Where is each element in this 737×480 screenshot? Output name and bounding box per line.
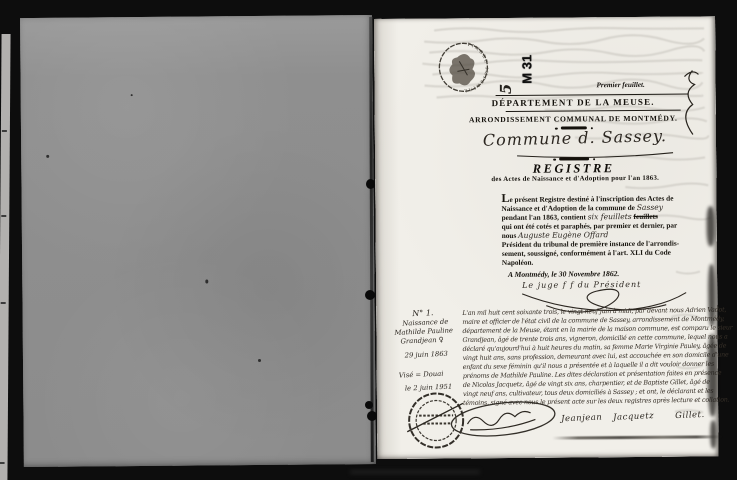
edge-mark [2, 130, 7, 132]
dateline: A Montmédy, le 30 Novembre 1862. [508, 269, 619, 279]
header-rule [506, 110, 681, 113]
oval-cachet-signature [447, 396, 559, 443]
cote-stamp: M 31 [519, 55, 534, 84]
drop-cap: L [501, 191, 509, 205]
registre-subtitle: des Actes de Naissance et d'Adoption pou… [415, 174, 735, 184]
timbre-imperial-seal-icon: TIMBRE IMPERIAL [435, 39, 491, 95]
signature-witness-2: Gillet. [675, 410, 705, 421]
folio-number-hand: 5 [497, 84, 515, 95]
margin-nom: Grandjean ♀ [400, 336, 443, 346]
margin-prenoms: Mathilde Pauline [394, 326, 453, 336]
left-page-edge [0, 34, 11, 480]
binding-stitch [365, 401, 373, 409]
signature-witness-1: Jacquetz [613, 411, 654, 423]
preamble-print-struck: feuillets [633, 212, 657, 221]
edge-blotch [707, 334, 717, 416]
binding-stitch [367, 411, 377, 421]
cover-speck [258, 359, 261, 362]
scanned-register-photo: TIMBRE IMPERIAL 5 M 31 Premier feuillet.… [0, 0, 737, 480]
edge-blotch [710, 420, 716, 448]
edge-blotch [708, 264, 715, 326]
edge-blotch [706, 206, 714, 246]
register-cover [20, 15, 376, 467]
margin-vise: Visé = Douai [399, 370, 444, 380]
background-smudge [350, 470, 480, 474]
signature-declarant: Jeanjean [561, 413, 603, 425]
preamble-handwritten: six feuillets [588, 212, 632, 221]
binding-stitch [366, 179, 375, 189]
cover-speck [131, 94, 133, 96]
register-page: TIMBRE IMPERIAL 5 M 31 Premier feuillet.… [374, 16, 718, 459]
preamble-handwritten: Sassey [637, 203, 663, 212]
cover-speck [205, 279, 208, 283]
preamble-print: Napoléon. [502, 258, 533, 267]
edge-mark [1, 215, 6, 217]
edge-mark [1, 302, 6, 304]
act-number: N° 1. [412, 308, 434, 318]
edge-mark [0, 462, 5, 464]
margin-date: 29 juin 1863 [404, 350, 448, 360]
smudge-line [552, 435, 722, 439]
binding-stitch [365, 290, 375, 300]
preamble-print: nous [502, 231, 517, 240]
commune-handwritten: Commune d. Sassey. [415, 124, 735, 151]
commune-ornament [559, 157, 589, 160]
preamble-line: Napoléon. [502, 256, 708, 267]
premier-feuillet-label: Premier feuillet. [596, 81, 644, 89]
cover-speck [46, 155, 49, 158]
